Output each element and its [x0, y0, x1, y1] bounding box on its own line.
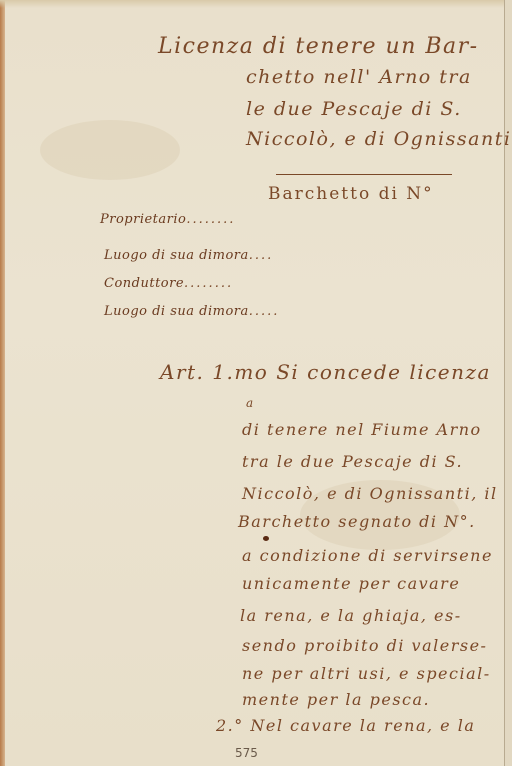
title-line-4: Niccolò, e di Ognissanti. [246, 128, 512, 150]
article-1-line: tra le due Pescaje di S. [242, 452, 463, 471]
article-2-line: 2.° Nel cavare la rena, e la [216, 716, 475, 735]
page-shadow [0, 0, 512, 8]
article-1-heading: Art. 1.mo Si concede licenza [160, 360, 491, 384]
manuscript-page: Licenza di tenere un Bar- chetto nell' A… [0, 0, 512, 766]
fill-dots: ........ [184, 276, 233, 291]
title-line-2: chetto nell' Arno tra [246, 66, 472, 88]
adjacent-page-edge [505, 0, 512, 766]
fill-dots: ........ [186, 212, 235, 227]
fill-dots: ..... [249, 304, 280, 319]
page-number: 575 [235, 746, 258, 760]
boat-heading: Barchetto di N° [268, 184, 434, 204]
article-1-line: Niccolò, e di Ognissanti, il [242, 484, 498, 503]
paper-stain [40, 120, 180, 180]
article-1-line: la rena, e la ghiaja, es- [240, 606, 462, 625]
field-operator-residence: Luogo di sua dimora..... [104, 304, 279, 319]
article-1-line: di tenere nel Fiume Arno [242, 420, 482, 439]
title-line-3: le due Pescaje di S. [246, 98, 462, 120]
article-1-line: ne per altri usi, e special- [242, 664, 491, 683]
article-1-line: unicamente per cavare [242, 574, 460, 593]
binding-edge [0, 0, 5, 766]
title-line-1: Licenza di tenere un Bar- [158, 34, 479, 59]
field-label: Proprietario [100, 212, 186, 227]
marginal-note: a [246, 396, 255, 410]
field-label: Luogo di sua dimora [104, 248, 249, 263]
ink-blot [263, 536, 269, 541]
field-label: Conduttore [104, 276, 184, 291]
field-owner: Proprietario........ [100, 212, 235, 227]
fill-dots: .... [249, 248, 274, 263]
article-1-line: a condizione di servirsene [242, 546, 493, 565]
title-divider [276, 174, 452, 175]
field-owner-residence: Luogo di sua dimora.... [104, 248, 273, 263]
field-operator: Conduttore........ [104, 276, 233, 291]
article-1-line: Barchetto segnato di N°. [238, 512, 476, 531]
article-1-line: mente per la pesca. [242, 690, 430, 709]
article-1-line: sendo proibito di valerse- [242, 636, 487, 655]
field-label: Luogo di sua dimora [104, 304, 249, 319]
